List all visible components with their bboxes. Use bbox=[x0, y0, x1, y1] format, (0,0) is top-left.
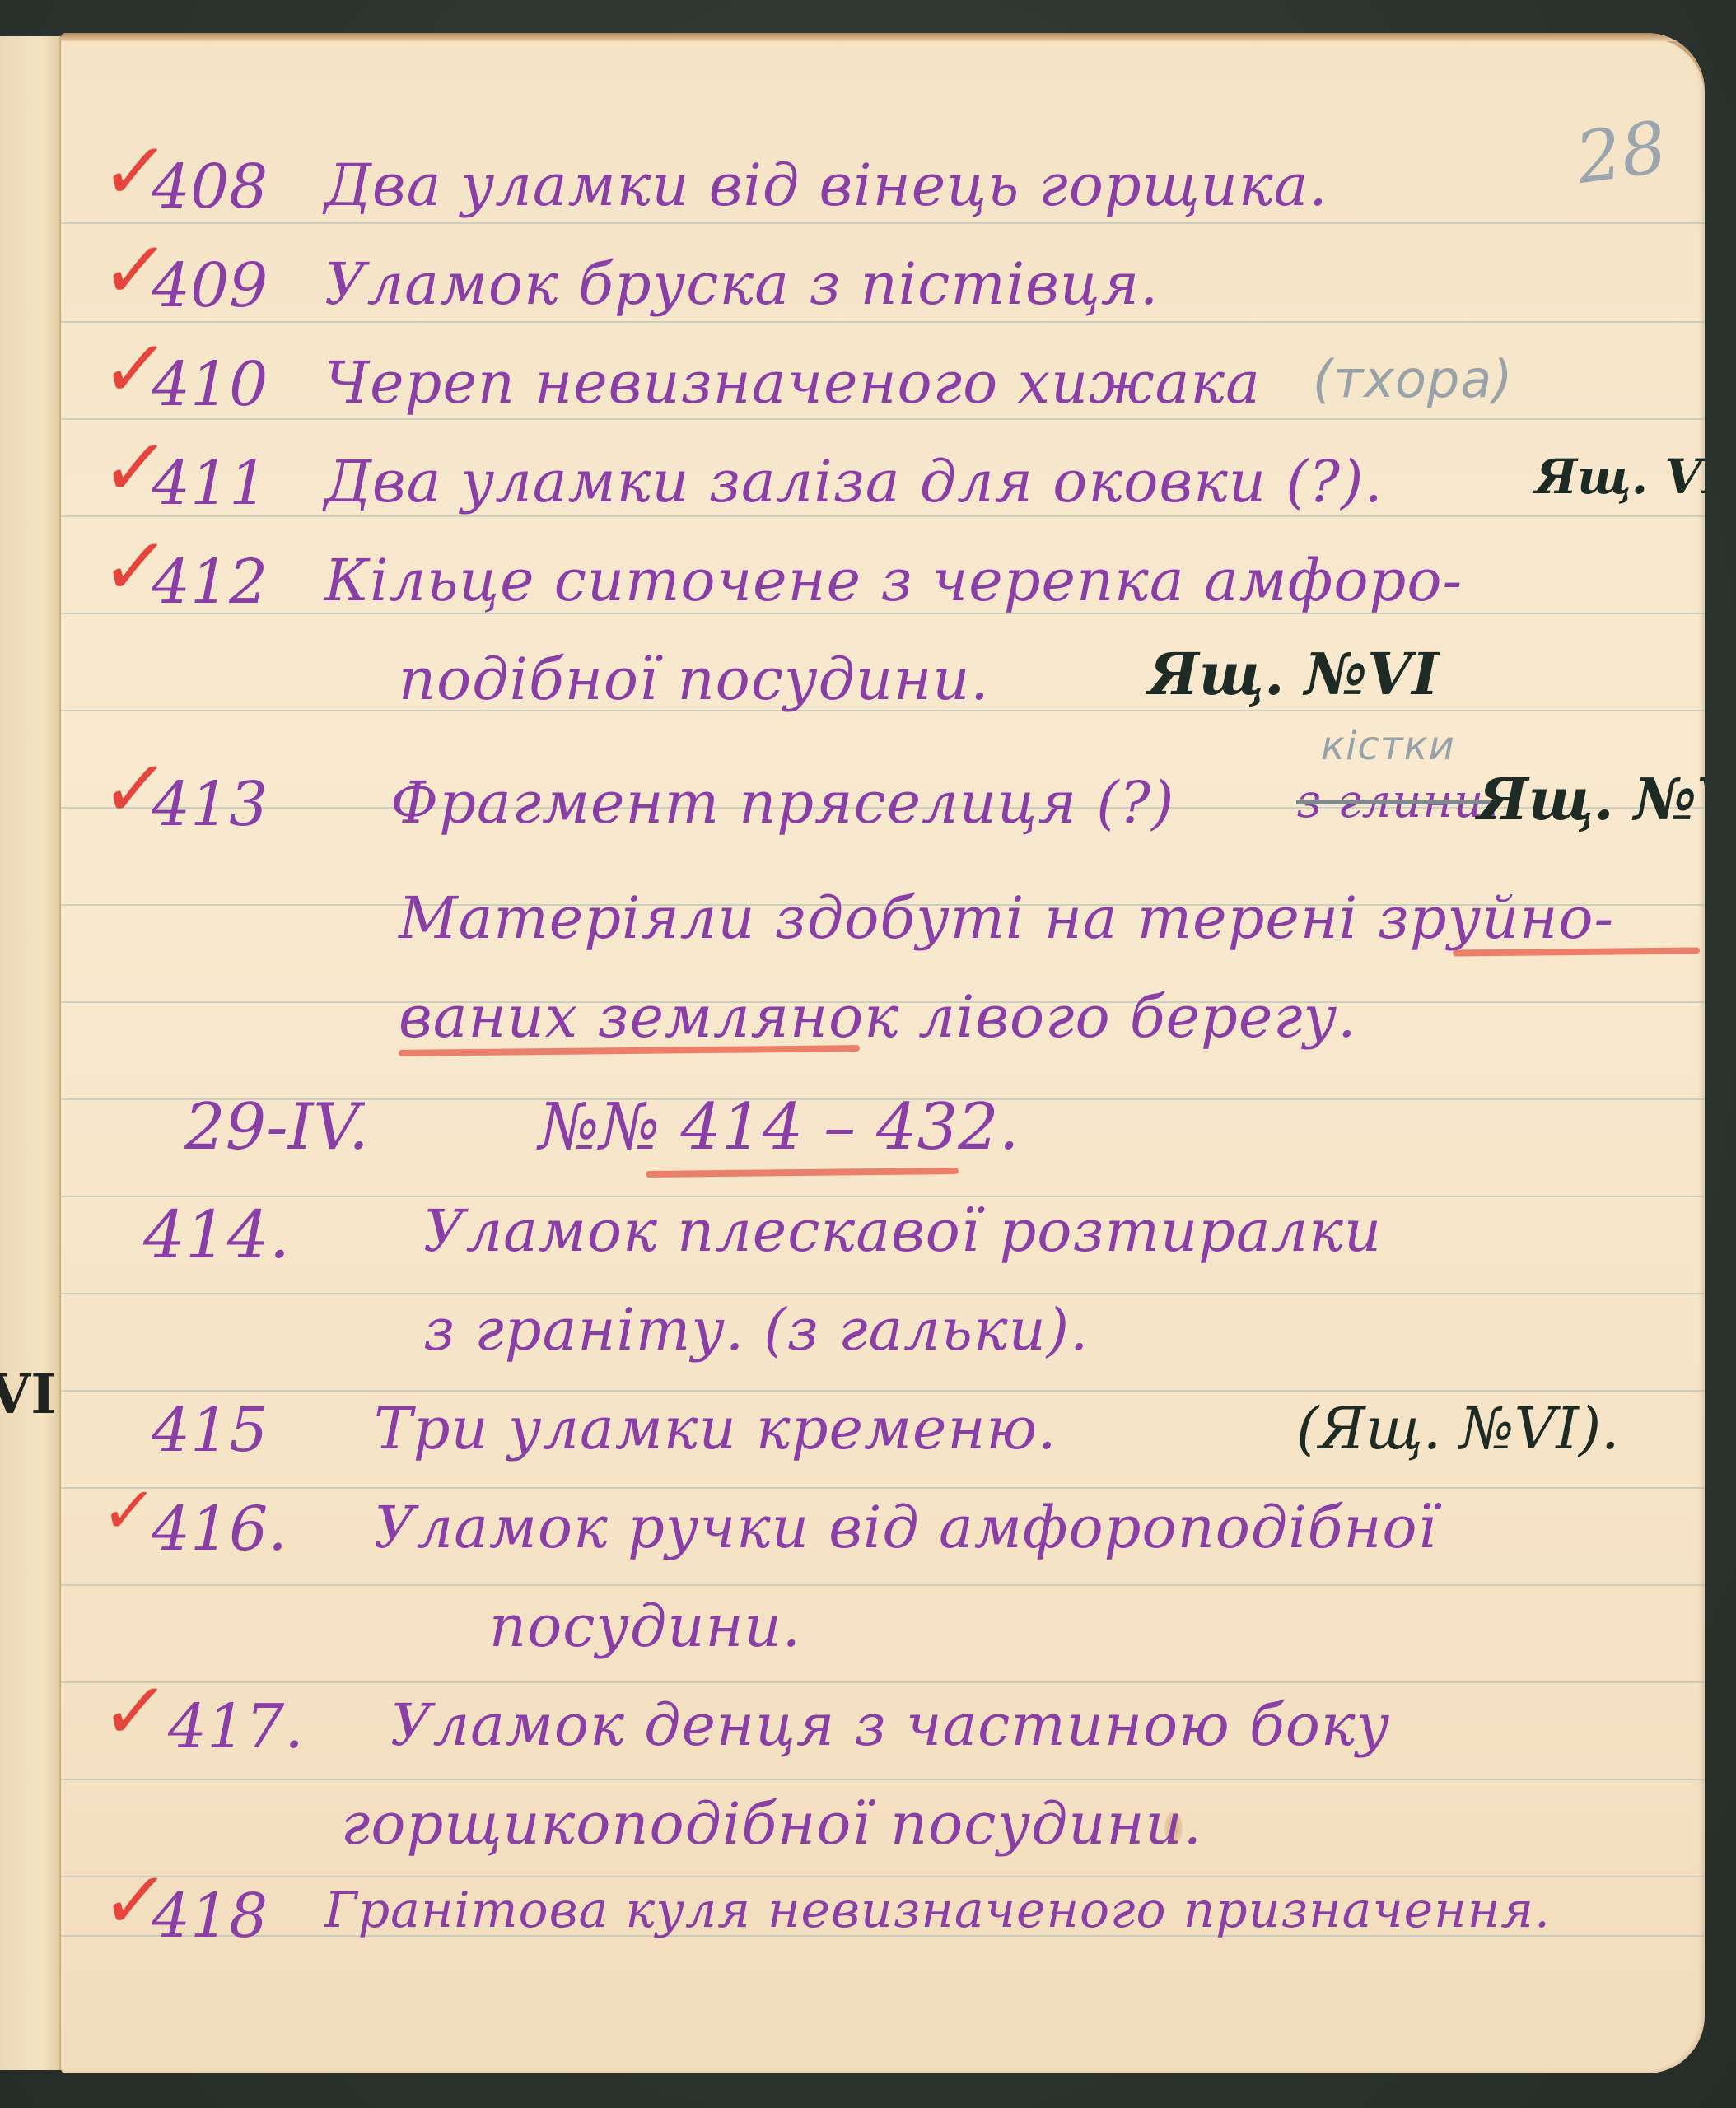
page-top-edge bbox=[61, 33, 1705, 41]
notebook-page: 28 ✓ 408 Два уламки від вінець горщика. … bbox=[61, 33, 1705, 2073]
entry-description: Два уламки від вінець горщика. bbox=[324, 156, 1328, 214]
entry-continuation: горщикоподібної посудини. bbox=[341, 1795, 1202, 1853]
entry-description: Уламок плескавої розтиралки bbox=[423, 1202, 1382, 1260]
entry-description: Уламок бруска з пістівця. bbox=[324, 255, 1159, 313]
ruled-line bbox=[61, 1779, 1705, 1780]
entry-description: Фрагмент пряселиця (?) bbox=[390, 774, 1174, 832]
entry-description: Уламок денця з частиною боку bbox=[390, 1696, 1390, 1754]
entry-continuation: з граніту. (з гальки). bbox=[423, 1301, 1089, 1359]
box-reference: Ящ. №VI. bbox=[1477, 771, 1705, 828]
entry-number: 412 bbox=[152, 552, 268, 613]
ruled-line bbox=[61, 1584, 1705, 1586]
entry-number: 414. bbox=[143, 1202, 290, 1268]
check-mark-icon: ✓ bbox=[99, 1479, 160, 1543]
entry-description: Кільце ситочене з черепка амфоро- bbox=[324, 552, 1463, 609]
entry-description: Три уламки кременю. bbox=[374, 1400, 1057, 1457]
date: 29-IV. bbox=[184, 1095, 369, 1159]
entry-description: Два уламки заліза для оковки (?). bbox=[324, 453, 1384, 511]
ruled-line bbox=[61, 1681, 1705, 1683]
entry-description: Череп невизначеного хижака bbox=[324, 354, 1261, 412]
struck-text: з глини. bbox=[1296, 779, 1500, 825]
facing-page-mark: VI bbox=[0, 1362, 56, 1426]
box-reference: Ящ. №VI bbox=[1148, 646, 1439, 703]
ruled-line bbox=[61, 222, 1705, 224]
entry-number: 411 bbox=[152, 453, 268, 514]
page-number: 28 bbox=[1571, 106, 1672, 200]
entry-number: 417. bbox=[168, 1696, 304, 1757]
pencil-note: (тхора) bbox=[1313, 354, 1513, 405]
note-line-2: ваних землянок лівого берегу. bbox=[399, 988, 1357, 1046]
entry-number: 410 bbox=[152, 354, 268, 415]
entry-number: 418 bbox=[152, 1886, 268, 1947]
ruled-line bbox=[61, 321, 1705, 323]
box-reference: Ящ. VI bbox=[1535, 453, 1705, 501]
entry-continuation: подібної посудини. bbox=[399, 651, 990, 708]
red-pencil-underline bbox=[1453, 947, 1700, 956]
red-pencil-underline bbox=[646, 1168, 959, 1178]
ruled-line bbox=[61, 515, 1705, 517]
scan-background: VI 28 ✓ 408 Два уламки від вінець горщик… bbox=[0, 0, 1736, 2108]
entry-continuation: посудини. bbox=[489, 1597, 801, 1655]
ruled-line bbox=[61, 1487, 1705, 1489]
entry-description: Уламок ручки від амфороподібної bbox=[374, 1499, 1437, 1556]
entry-number: 416. bbox=[152, 1499, 287, 1560]
check-mark-icon: ✓ bbox=[98, 1672, 173, 1751]
note-line-1: Матеріяли здобуті на терені зруйно- bbox=[399, 889, 1614, 947]
number-range: №№ 414 – 432. bbox=[539, 1095, 1020, 1159]
entry-number: 415 bbox=[152, 1400, 268, 1461]
facing-page-edge: VI bbox=[0, 36, 61, 2070]
box-reference: (Ящ. №VI). bbox=[1296, 1400, 1619, 1457]
ruled-line bbox=[61, 1876, 1705, 1877]
ruled-line bbox=[61, 1390, 1705, 1392]
ruled-line bbox=[61, 418, 1705, 420]
entry-number: 413 bbox=[152, 774, 268, 835]
entry-description: Гранітова куля невизначеного призначення… bbox=[324, 1886, 1551, 1935]
pencil-note: кістки bbox=[1321, 726, 1455, 766]
ruled-line bbox=[61, 1293, 1705, 1294]
entry-number: 409 bbox=[152, 255, 268, 316]
entry-number: 408 bbox=[152, 156, 268, 217]
